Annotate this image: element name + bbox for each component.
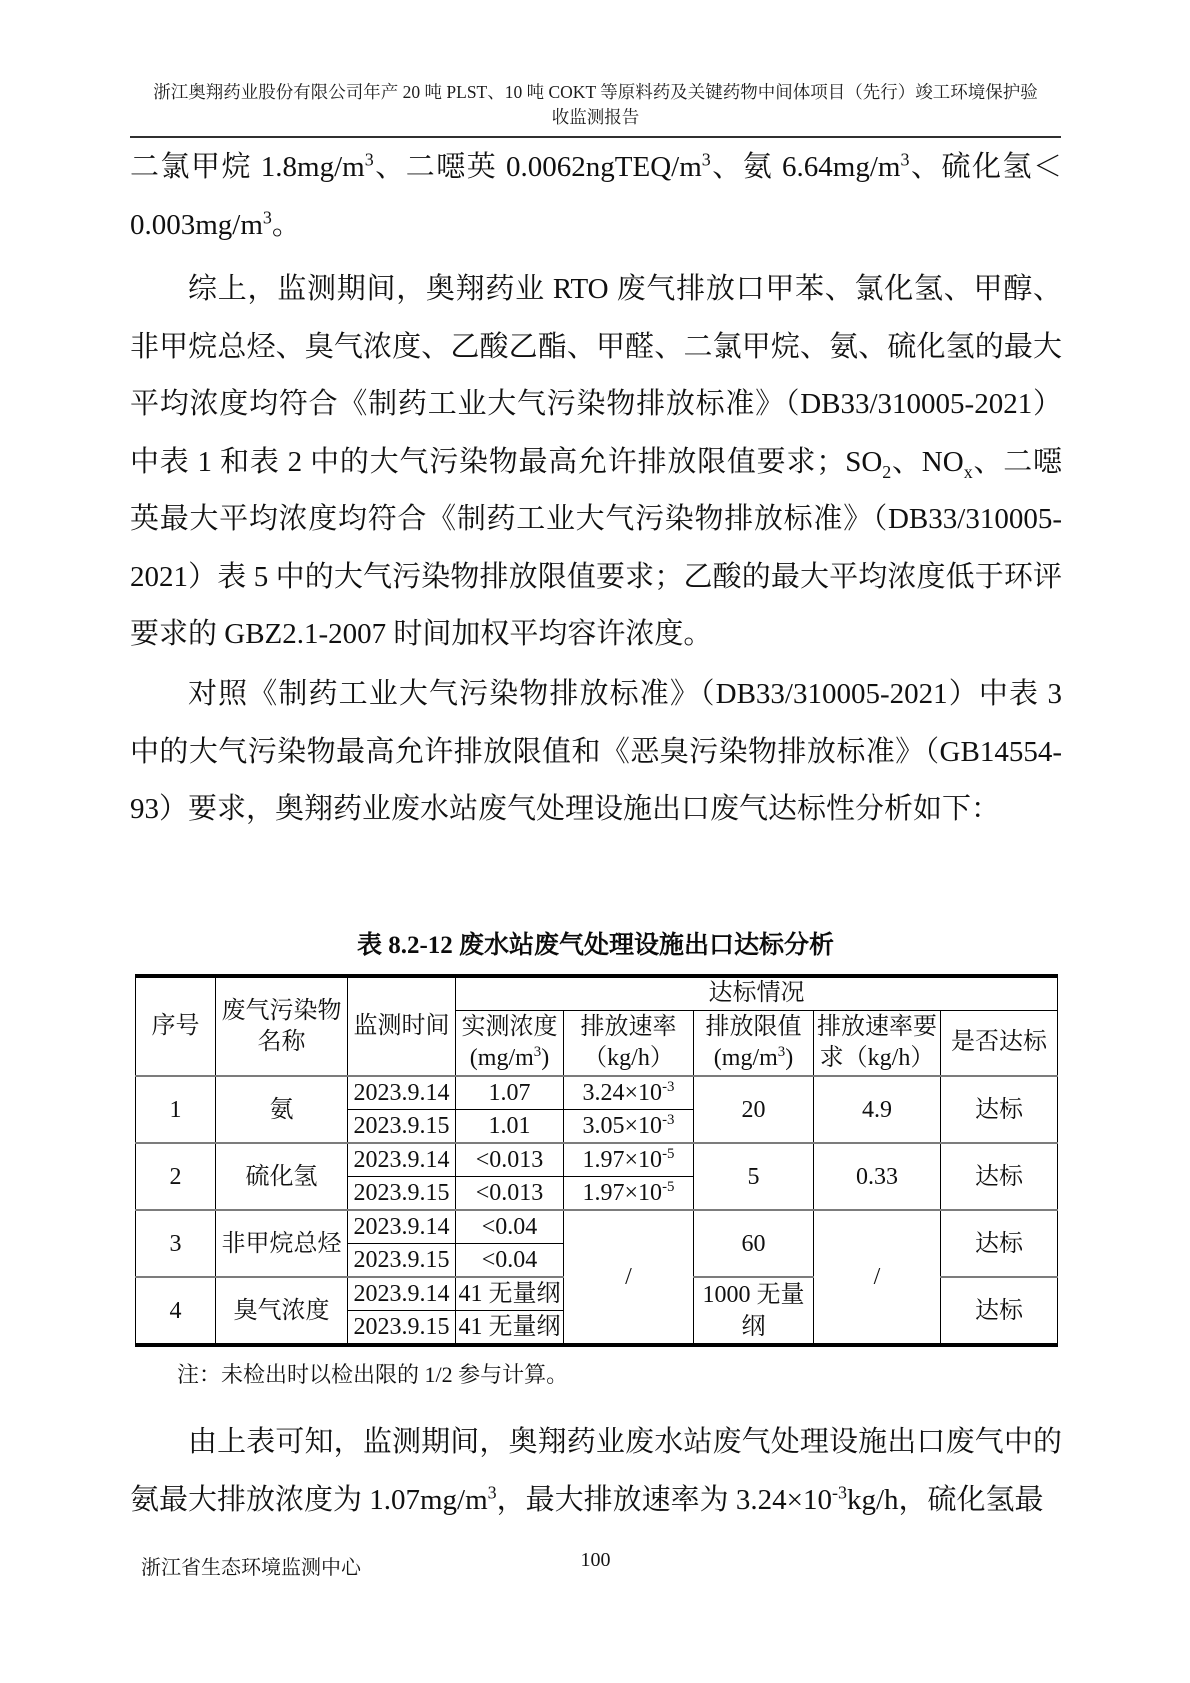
header-rule (130, 136, 1061, 138)
table-cell-date: 2023.9.14 (348, 1210, 456, 1244)
table-note: 注：未检出时以检出限的 1/2 参与计算。 (130, 1362, 1061, 1388)
table-row: 1 氨 2023.9.14 1.07 3.24×10-3 20 4.9 达标 (136, 1076, 1058, 1110)
table-cell-ok: 达标 (941, 1143, 1058, 1210)
table-title: 表 8.2-12 废水站废气处理设施出口达标分析 (130, 930, 1061, 962)
column-header-pollutant: 废气污染物 名称 (216, 976, 348, 1076)
table-cell-ok: 达标 (941, 1076, 1058, 1143)
table-cell-rate-merged: / (564, 1210, 694, 1345)
table-cell-rate-req: 0.33 (814, 1143, 941, 1210)
table-cell-date: 2023.9.15 (348, 1311, 456, 1346)
column-header-seq: 序号 (136, 976, 216, 1076)
table-cell-limit: 60 (694, 1210, 814, 1277)
header-line-2: 收监测报告 (130, 105, 1061, 130)
table-cell-measured: 41 无量纲 (456, 1277, 564, 1311)
column-group-compliance: 达标情况 (456, 976, 1058, 1010)
footer-page-number: 100 (130, 1549, 1061, 1572)
column-header-ok: 是否达标 (941, 1010, 1058, 1076)
table-cell-measured: 41 无量纲 (456, 1311, 564, 1346)
table-cell-pollutant: 臭气浓度 (216, 1277, 348, 1345)
table-cell-measured: 1.07 (456, 1076, 564, 1110)
table-cell-limit: 5 (694, 1143, 814, 1210)
column-header-rate-req: 排放速率要 求（kg/h） (814, 1010, 941, 1076)
column-header-time: 监测时间 (348, 976, 456, 1076)
table-cell-date: 2023.9.15 (348, 1110, 456, 1144)
table-cell-measured: <0.013 (456, 1177, 564, 1211)
paragraph-comparison: 对照《制药工业大气污染物排放标准》（DB33/310005-2021）中表 3 … (130, 666, 1062, 839)
table-cell-date: 2023.9.15 (348, 1244, 456, 1278)
table-cell-seq: 4 (136, 1277, 216, 1345)
column-header-measured: 实测浓度 (mg/m3) (456, 1010, 564, 1076)
table-cell-date: 2023.9.14 (348, 1277, 456, 1311)
table-row: 3 非甲烷总烃 2023.9.14 <0.04 / 60 / 达标 (136, 1210, 1058, 1244)
table-cell-rate-req-merged: / (814, 1210, 941, 1345)
table-cell-limit: 20 (694, 1076, 814, 1143)
page-header: 浙江奥翔药业股份有限公司年产 20 吨 PLST、10 吨 COKT 等原料药及… (130, 80, 1061, 130)
table-cell-rate: 3.24×10-3 (564, 1076, 694, 1110)
paragraph-continuation: 二氯甲烷 1.8mg/m3、二噁英 0.0062ngTEQ/m3、氨 6.64m… (130, 139, 1062, 254)
table-cell-rate: 3.05×10-3 (564, 1110, 694, 1144)
column-header-rate: 排放速率 （kg/h） (564, 1010, 694, 1076)
table-header-row-1: 序号 废气污染物 名称 监测时间 达标情况 (136, 976, 1058, 1010)
column-header-limit: 排放限值 (mg/m3) (694, 1010, 814, 1076)
table-cell-seq: 3 (136, 1210, 216, 1277)
table-cell-pollutant: 氨 (216, 1076, 348, 1143)
table-cell-date: 2023.9.14 (348, 1143, 456, 1177)
compliance-table: 序号 废气污染物 名称 监测时间 达标情况 实测浓度 (mg/m3) 排放速率 … (135, 974, 1058, 1347)
table-cell-date: 2023.9.15 (348, 1177, 456, 1211)
table-cell-pollutant: 硫化氢 (216, 1143, 348, 1210)
table-cell-measured: <0.013 (456, 1143, 564, 1177)
table-cell-rate-req: 4.9 (814, 1076, 941, 1143)
table-cell-ok: 达标 (941, 1277, 1058, 1345)
table-cell-seq: 2 (136, 1143, 216, 1210)
table-row: 2 硫化氢 2023.9.14 <0.013 1.97×10-5 5 0.33 … (136, 1143, 1058, 1177)
table-cell-ok: 达标 (941, 1210, 1058, 1277)
document-page: 浙江奥翔药业股份有限公司年产 20 吨 PLST、10 吨 COKT 等原料药及… (0, 0, 1190, 1683)
header-line-1: 浙江奥翔药业股份有限公司年产 20 吨 PLST、10 吨 COKT 等原料药及… (130, 80, 1061, 105)
table-cell-seq: 1 (136, 1076, 216, 1143)
paragraph-conclusion: 由上表可知，监测期间，奥翔药业废水站废气处理设施出口废气中的氨最大排放浓度为 1… (130, 1414, 1062, 1529)
table-cell-date: 2023.9.14 (348, 1076, 456, 1110)
table-cell-rate: 1.97×10-5 (564, 1177, 694, 1211)
table-cell-measured: 1.01 (456, 1110, 564, 1144)
table-cell-pollutant: 非甲烷总烃 (216, 1210, 348, 1277)
paragraph-summary: 综上，监测期间，奥翔药业 RTO 废气排放口甲苯、氯化氢、甲醇、非甲烷总烃、臭气… (130, 261, 1062, 664)
table-cell-rate: 1.97×10-5 (564, 1143, 694, 1177)
table-cell-measured: <0.04 (456, 1210, 564, 1244)
table-cell-measured: <0.04 (456, 1244, 564, 1278)
table-cell-limit: 1000 无量 纲 (694, 1277, 814, 1345)
